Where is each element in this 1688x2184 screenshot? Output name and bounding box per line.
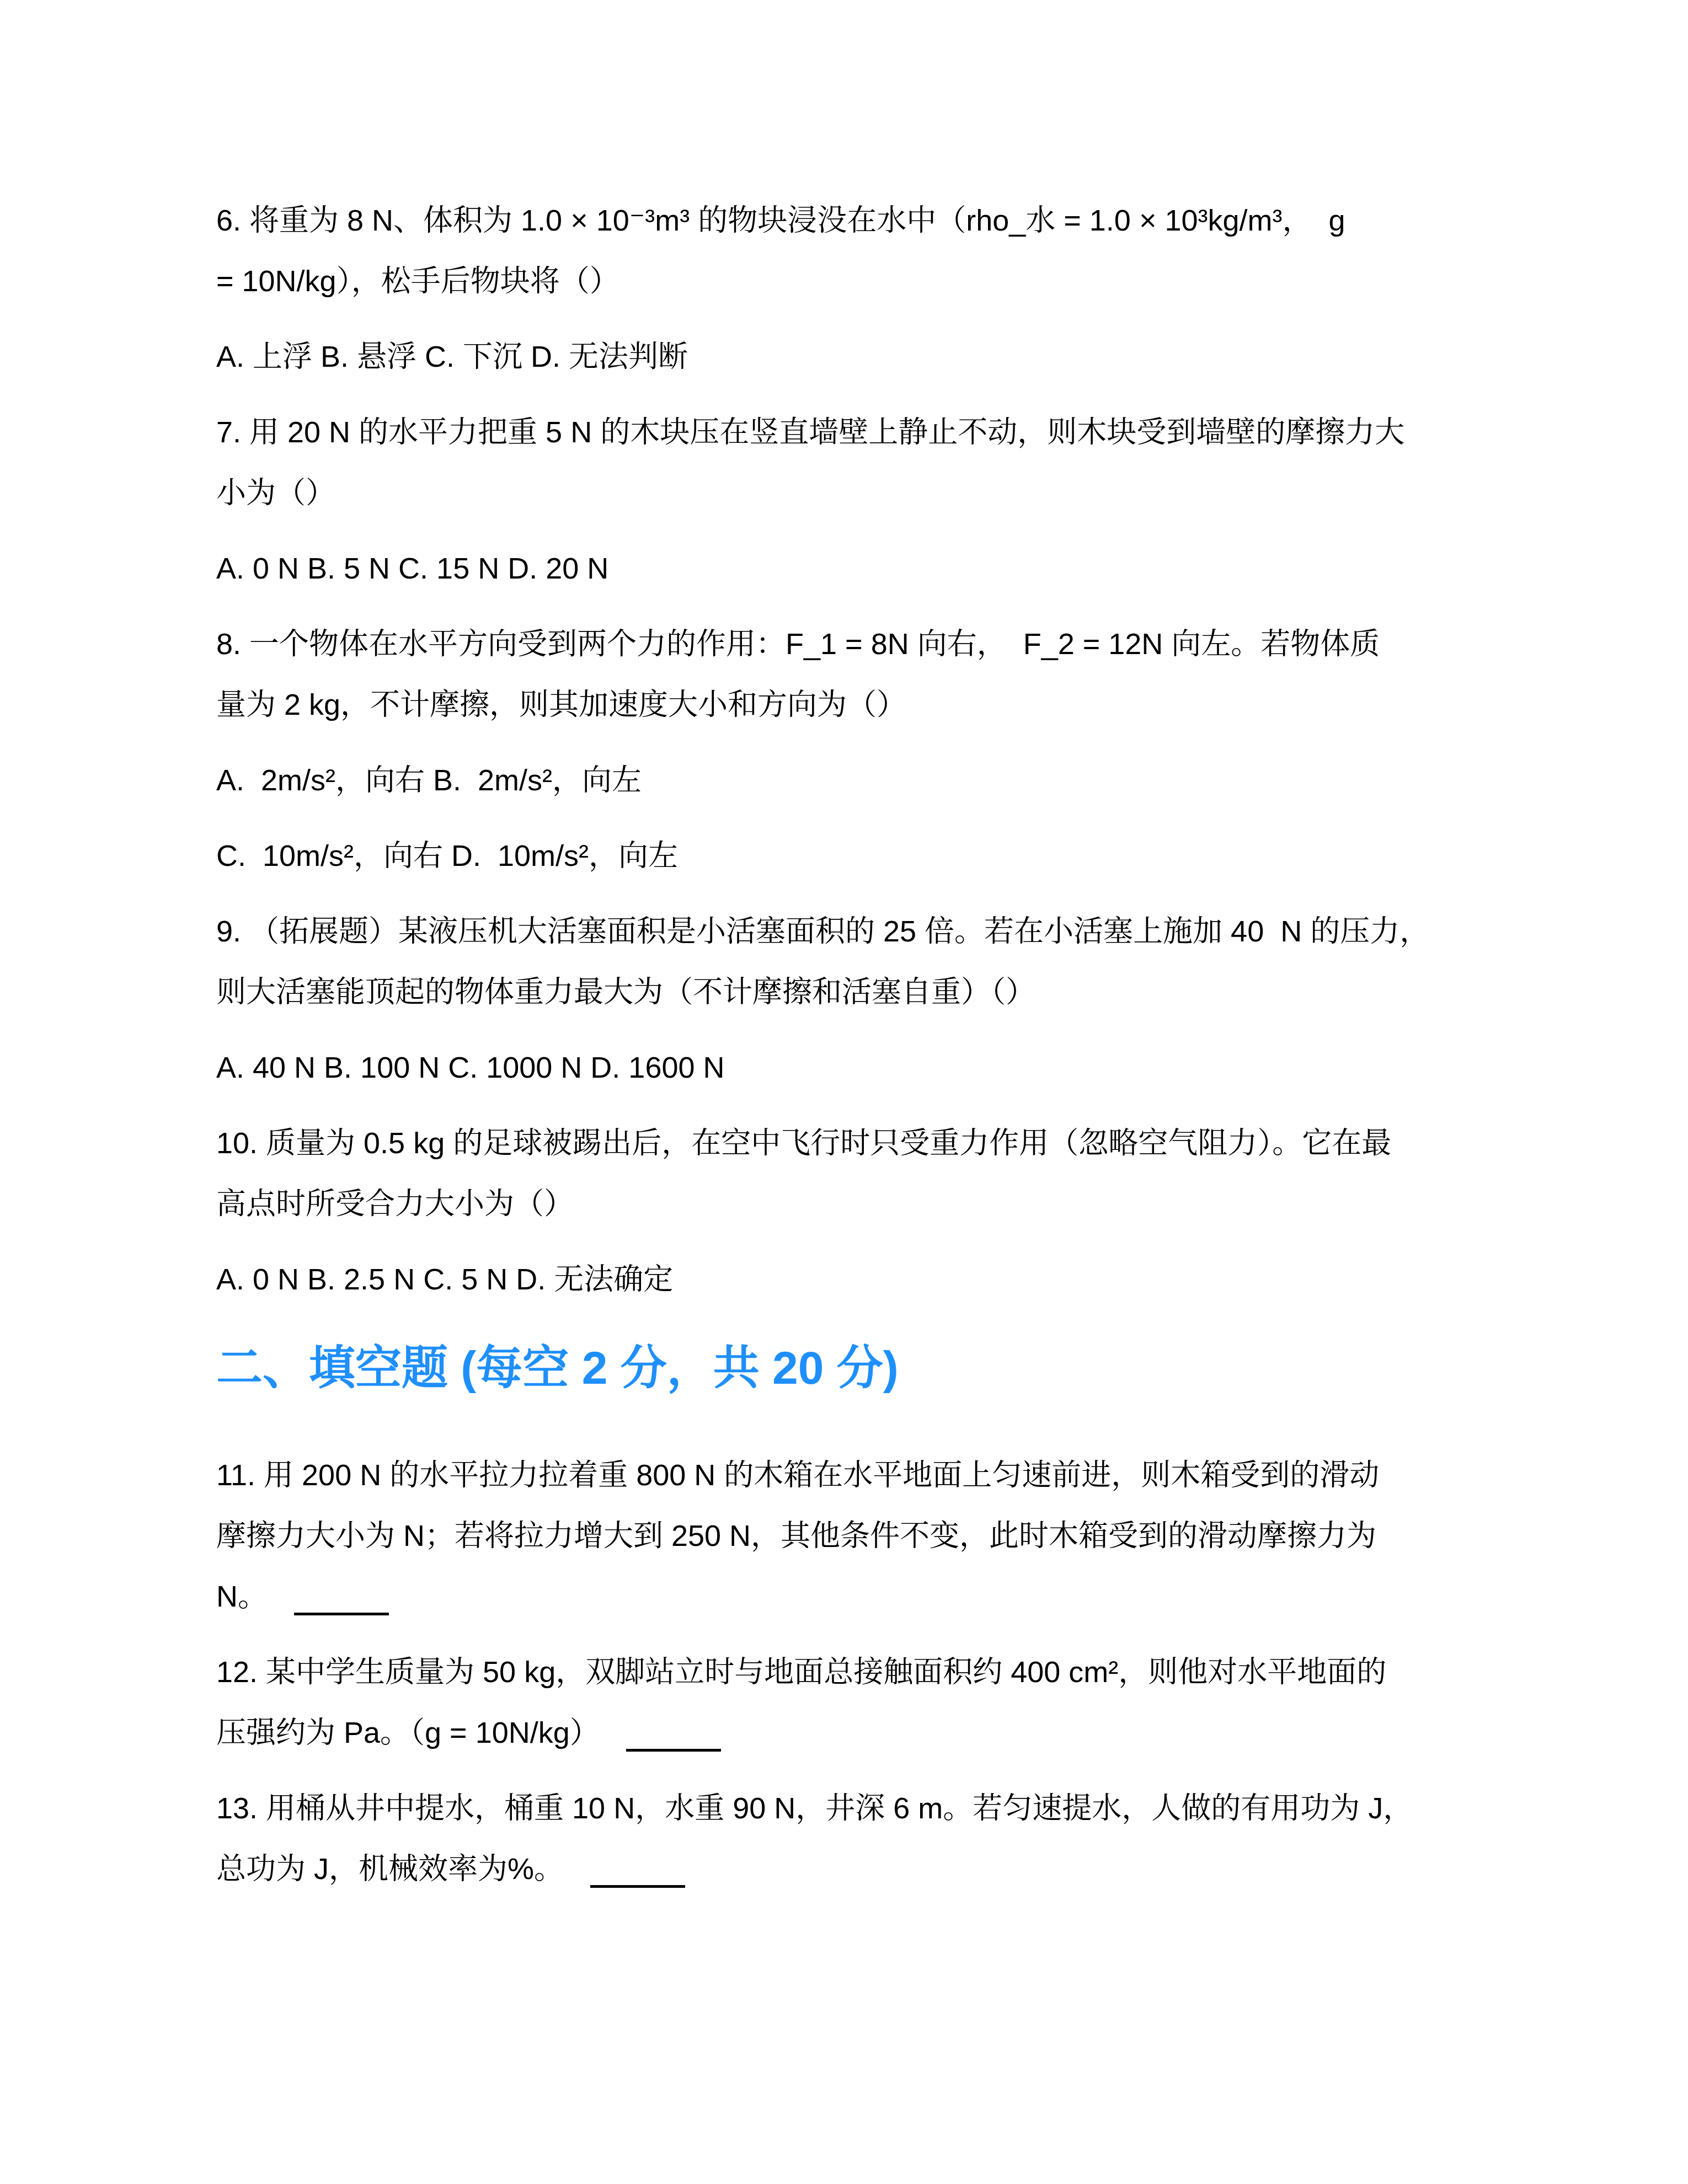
question-9-stem: 9. （拓展题）某液压机大活塞面积是小活塞面积的 25 倍。若在小活塞上施加 4…	[216, 901, 1479, 1023]
stem-line: 6. 将重为 8 N、体积为 1.0 × 10⁻³m³ 的物块浸没在水中（rho…	[216, 190, 1479, 251]
stem-line: 10. 质量为 0.5 kg 的足球被踢出后，在空中飞行时只受重力作用（忽略空气…	[216, 1113, 1479, 1174]
options-line: A. 2m/s²，向右 B. 2m/s²，向左	[216, 750, 1479, 811]
stem-line: 7. 用 20 N 的水平力把重 5 N 的木块压在竖直墙壁上静止不动，则木块受…	[216, 402, 1479, 463]
question-10: 10. 质量为 0.5 kg 的足球被踢出后，在空中飞行时只受重力作用（忽略空气…	[216, 1113, 1479, 1310]
question-11: 11. 用 200 N 的水平拉力拉着重 800 N 的木箱在水平地面上匀速前进…	[216, 1445, 1479, 1627]
fill-blank-line: 压强约为 Pa。（g = 10N/kg）	[216, 1703, 1479, 1763]
blank-underline	[590, 1885, 685, 1888]
stem-line: 小为（）	[216, 463, 1479, 523]
question-8-stem: 8. 一个物体在水平方向受到两个力的作用：F_1 = 8N 向右， F_2 = …	[216, 614, 1479, 735]
stem-line: 高点时所受合力大小为（）	[216, 1174, 1479, 1234]
question-12-body: 12. 某中学生质量为 50 kg，双脚站立时与地面总接触面积约 400 cm²…	[216, 1642, 1479, 1763]
question-6-options: A. 上浮 B. 悬浮 C. 下沉 D. 无法判断	[216, 326, 1479, 387]
question-7: 7. 用 20 N 的水平力把重 5 N 的木块压在竖直墙壁上静止不动，则木块受…	[216, 402, 1479, 599]
question-9-options: A. 40 N B. 100 N C. 1000 N D. 1600 N	[216, 1037, 1479, 1098]
section-2-header: 二、填空题 (每空 2 分，共 20 分)	[216, 1332, 1479, 1404]
fill-blank-line: 13. 用桶从井中提水，桶重 10 N，水重 90 N，井深 6 m。若匀速提水…	[216, 1778, 1479, 1839]
options-line: A. 40 N B. 100 N C. 1000 N D. 1600 N	[216, 1037, 1479, 1098]
question-6-stem: 6. 将重为 8 N、体积为 1.0 × 10⁻³m³ 的物块浸没在水中（rho…	[216, 190, 1479, 312]
stem-line: 8. 一个物体在水平方向受到两个力的作用：F_1 = 8N 向右， F_2 = …	[216, 614, 1479, 675]
exam-page: 6. 将重为 8 N、体积为 1.0 × 10⁻³m³ 的物块浸没在水中（rho…	[216, 190, 1479, 1914]
fill-blank-text: N。	[216, 1580, 268, 1613]
fill-blank-line: 11. 用 200 N 的水平拉力拉着重 800 N 的木箱在水平地面上匀速前进…	[216, 1445, 1479, 1506]
stem-line: 9. （拓展题）某液压机大活塞面积是小活塞面积的 25 倍。若在小活塞上施加 4…	[216, 901, 1479, 962]
question-13: 13. 用桶从井中提水，桶重 10 N，水重 90 N，井深 6 m。若匀速提水…	[216, 1778, 1479, 1899]
stem-line: 量为 2 kg，不计摩擦，则其加速度大小和方向为（）	[216, 675, 1479, 735]
fill-blank-text: 总功为 J，机械效率为%。	[216, 1853, 564, 1886]
fill-blank-line: 总功为 J，机械效率为%。	[216, 1839, 1479, 1899]
stem-line: 则大活塞能顶起的物体重力最大为（不计摩擦和活塞自重）（）	[216, 962, 1479, 1023]
fill-blank-line: N。	[216, 1566, 1479, 1627]
question-9: 9. （拓展题）某液压机大活塞面积是小活塞面积的 25 倍。若在小活塞上施加 4…	[216, 901, 1479, 1098]
fill-blank-line: 摩擦力大小为 N；若将拉力增大到 250 N，其他条件不变，此时木箱受到的滑动摩…	[216, 1506, 1479, 1566]
fill-blank-line: 12. 某中学生质量为 50 kg，双脚站立时与地面总接触面积约 400 cm²…	[216, 1642, 1479, 1703]
question-10-options: A. 0 N B. 2.5 N C. 5 N D. 无法确定	[216, 1249, 1479, 1310]
options-line: A. 0 N B. 2.5 N C. 5 N D. 无法确定	[216, 1249, 1479, 1310]
question-12: 12. 某中学生质量为 50 kg，双脚站立时与地面总接触面积约 400 cm²…	[216, 1642, 1479, 1763]
question-7-options: A. 0 N B. 5 N C. 15 N D. 20 N	[216, 538, 1479, 599]
options-line: A. 0 N B. 5 N C. 15 N D. 20 N	[216, 538, 1479, 599]
document-canvas: { "page": { "background": "#ffffff", "te…	[0, 0, 1688, 2184]
question-13-body: 13. 用桶从井中提水，桶重 10 N，水重 90 N，井深 6 m。若匀速提水…	[216, 1778, 1479, 1899]
fill-blank-text: 压强约为 Pa。（g = 10N/kg）	[216, 1716, 600, 1749]
question-10-stem: 10. 质量为 0.5 kg 的足球被踢出后，在空中飞行时只受重力作用（忽略空气…	[216, 1113, 1479, 1234]
question-8-options-cd: C. 10m/s²，向右 D. 10m/s²，向左	[216, 826, 1479, 886]
question-6: 6. 将重为 8 N、体积为 1.0 × 10⁻³m³ 的物块浸没在水中（rho…	[216, 190, 1479, 387]
stem-line: = 10N/kg），松手后物块将（）	[216, 251, 1479, 312]
question-7-stem: 7. 用 20 N 的水平力把重 5 N 的木块压在竖直墙壁上静止不动，则木块受…	[216, 402, 1479, 523]
question-8-options-ab: A. 2m/s²，向右 B. 2m/s²，向左	[216, 750, 1479, 811]
options-line: C. 10m/s²，向右 D. 10m/s²，向左	[216, 826, 1479, 886]
question-11-body: 11. 用 200 N 的水平拉力拉着重 800 N 的木箱在水平地面上匀速前进…	[216, 1445, 1479, 1627]
blank-underline	[294, 1612, 389, 1615]
question-8: 8. 一个物体在水平方向受到两个力的作用：F_1 = 8N 向右， F_2 = …	[216, 614, 1479, 886]
blank-underline	[626, 1748, 721, 1752]
options-line: A. 上浮 B. 悬浮 C. 下沉 D. 无法判断	[216, 326, 1479, 387]
